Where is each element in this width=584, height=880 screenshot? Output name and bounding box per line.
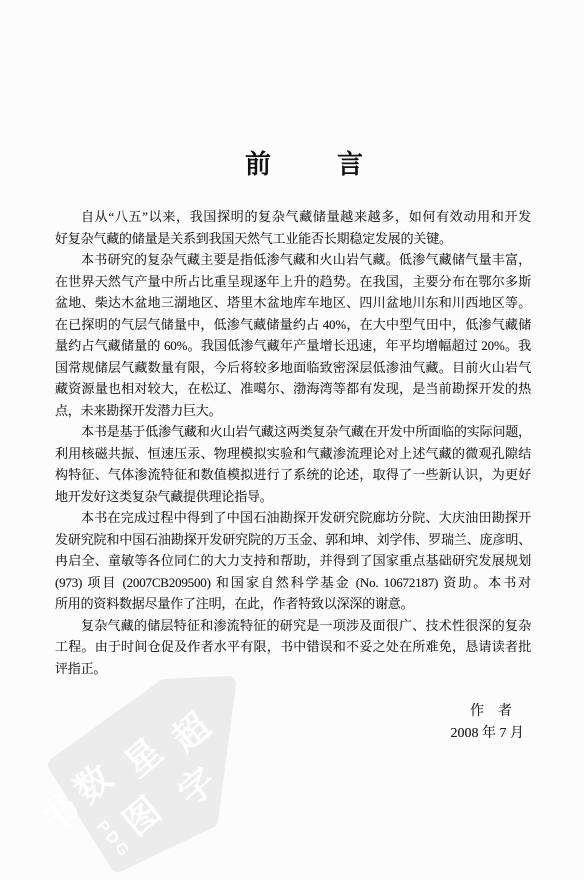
preface-paragraph: 自从“八五”以来，我国探明的复杂气藏储量越来越多，如何有效动用和开发好复杂气藏的… (55, 206, 531, 249)
watermark-seal-glyph: 书 (33, 785, 88, 840)
signature-author: 作 者 (55, 701, 531, 723)
text-line: 评指正。 (55, 658, 531, 680)
text-line: 本书是基于低渗气藏和火山岩气藏这两类复杂气藏在开发中所面临的实际问题， (55, 421, 531, 443)
text-line: 冉启全、童敏等各位同仁的大力支持和帮助，并得到了国家重点基础研究发展规划 (55, 550, 531, 572)
text-line: 本书研究的复杂气藏主要是指低渗气藏和火山岩气藏。低渗气藏储气量丰富， (55, 249, 531, 271)
text-line: 自从“八五”以来，我国探明的复杂气藏储量越来越多，如何有效动用和开发 (55, 206, 531, 228)
preface-body: 自从“八五”以来，我国探明的复杂气藏储量越来越多，如何有效动用和开发好复杂气藏的… (55, 206, 531, 679)
text-line: 所用的资料数据尽量作了注明，在此，作者特致以深深的谢意。 (55, 593, 531, 615)
text-line: 工程。由于时间仓促及作者水平有限，书中错误和不妥之处在所难免，恳请读者批 (55, 636, 531, 658)
text-line: 发研究院和中国石油勘探开发研究院的万玉金、郭和坤、刘学伟、罗瑞兰、庞彦明、 (55, 529, 531, 551)
text-line: 在世界天然气产量中所占比重呈现逐年上升的趋势。在我国，主要分布在鄂尔多斯 (55, 271, 531, 293)
text-line: (973) 项目 (2007CB209500) 和国家自然科学基金 (No. 1… (55, 572, 531, 594)
signature-date: 2008 年 7 月 (55, 723, 531, 745)
text-line: 复杂气藏的储层特征和渗流特征的研究是一项涉及面很广、技术性很深的复杂 (55, 615, 531, 637)
watermark-seal-glyph: 字 (170, 759, 225, 814)
book-page: 超 星 数 字 图 书 PDG 前言 自从“八五”以来，我国探明的复杂气藏储量越… (0, 0, 584, 880)
text-line: 点，未来勘探开发潜力巨大。 (55, 400, 531, 422)
title-char-right: 言 (337, 150, 363, 179)
text-line: 藏资源量也相对较大，在松辽、准噶尔、渤海湾等都有发现，是当前勘探开发的热 (55, 378, 531, 400)
preface-content: 前言 自从“八五”以来，我国探明的复杂气藏储量越来越多，如何有效动用和开发好复杂… (55, 150, 531, 745)
text-line: 国常规储层气藏数量有限，今后将较多地面临致密深层低渗油气藏。目前火山岩气 (55, 357, 531, 379)
text-line: 在已探明的气层气储量中，低渗气藏储量约占 40%，在大中型气田中，低渗气藏储 (55, 314, 531, 336)
text-line: 地开发好这类复杂气藏提供理论指导。 (55, 486, 531, 508)
page-title: 前言 (55, 150, 531, 180)
text-line: 利用核磁共振、恒速压汞、物理模拟实验和气藏渗流理论对上述气藏的微观孔隙结 (55, 443, 531, 465)
preface-paragraph: 复杂气藏的储层特征和渗流特征的研究是一项涉及面很广、技术性很深的复杂工程。由于时… (55, 615, 531, 680)
title-char-left: 前 (245, 150, 271, 179)
text-line: 好复杂气藏的储量是关系到我国天然气工业能否长期稳定发展的关键。 (55, 228, 531, 250)
text-line: 本书在完成过程中得到了中国石油勘探开发研究院廊坊分院、大庆油田勘探开 (55, 507, 531, 529)
preface-paragraph: 本书研究的复杂气藏主要是指低渗气藏和火山岩气藏。低渗气藏储气量丰富，在世界天然气… (55, 249, 531, 421)
text-line: 构特征、气体渗流特征和数值模拟进行了系统的论述，取得了一些新认识，为更好 (55, 464, 531, 486)
watermark-seal-glyph: 数 (66, 756, 121, 811)
watermark-seal-glyph: 图 (115, 789, 170, 844)
signature-block: 作 者 2008 年 7 月 (55, 701, 531, 745)
preface-paragraph: 本书在完成过程中得到了中国石油勘探开发研究院廊坊分院、大庆油田勘探开发研究院和中… (55, 507, 531, 615)
pdg-watermark-label: PDG (93, 818, 134, 862)
text-line: 量约占气藏储量的 60%。我国低渗气藏年产量增长迅速，年平均增幅超过 20%。我 (55, 335, 531, 357)
preface-paragraph: 本书是基于低渗气藏和火山岩气藏这两类复杂气藏在开发中所面临的实际问题，利用核磁共… (55, 421, 531, 507)
text-line: 盆地、柴达木盆地三湖地区、塔里木盆地库车地区、四川盆地川东和川西地区等。 (55, 292, 531, 314)
